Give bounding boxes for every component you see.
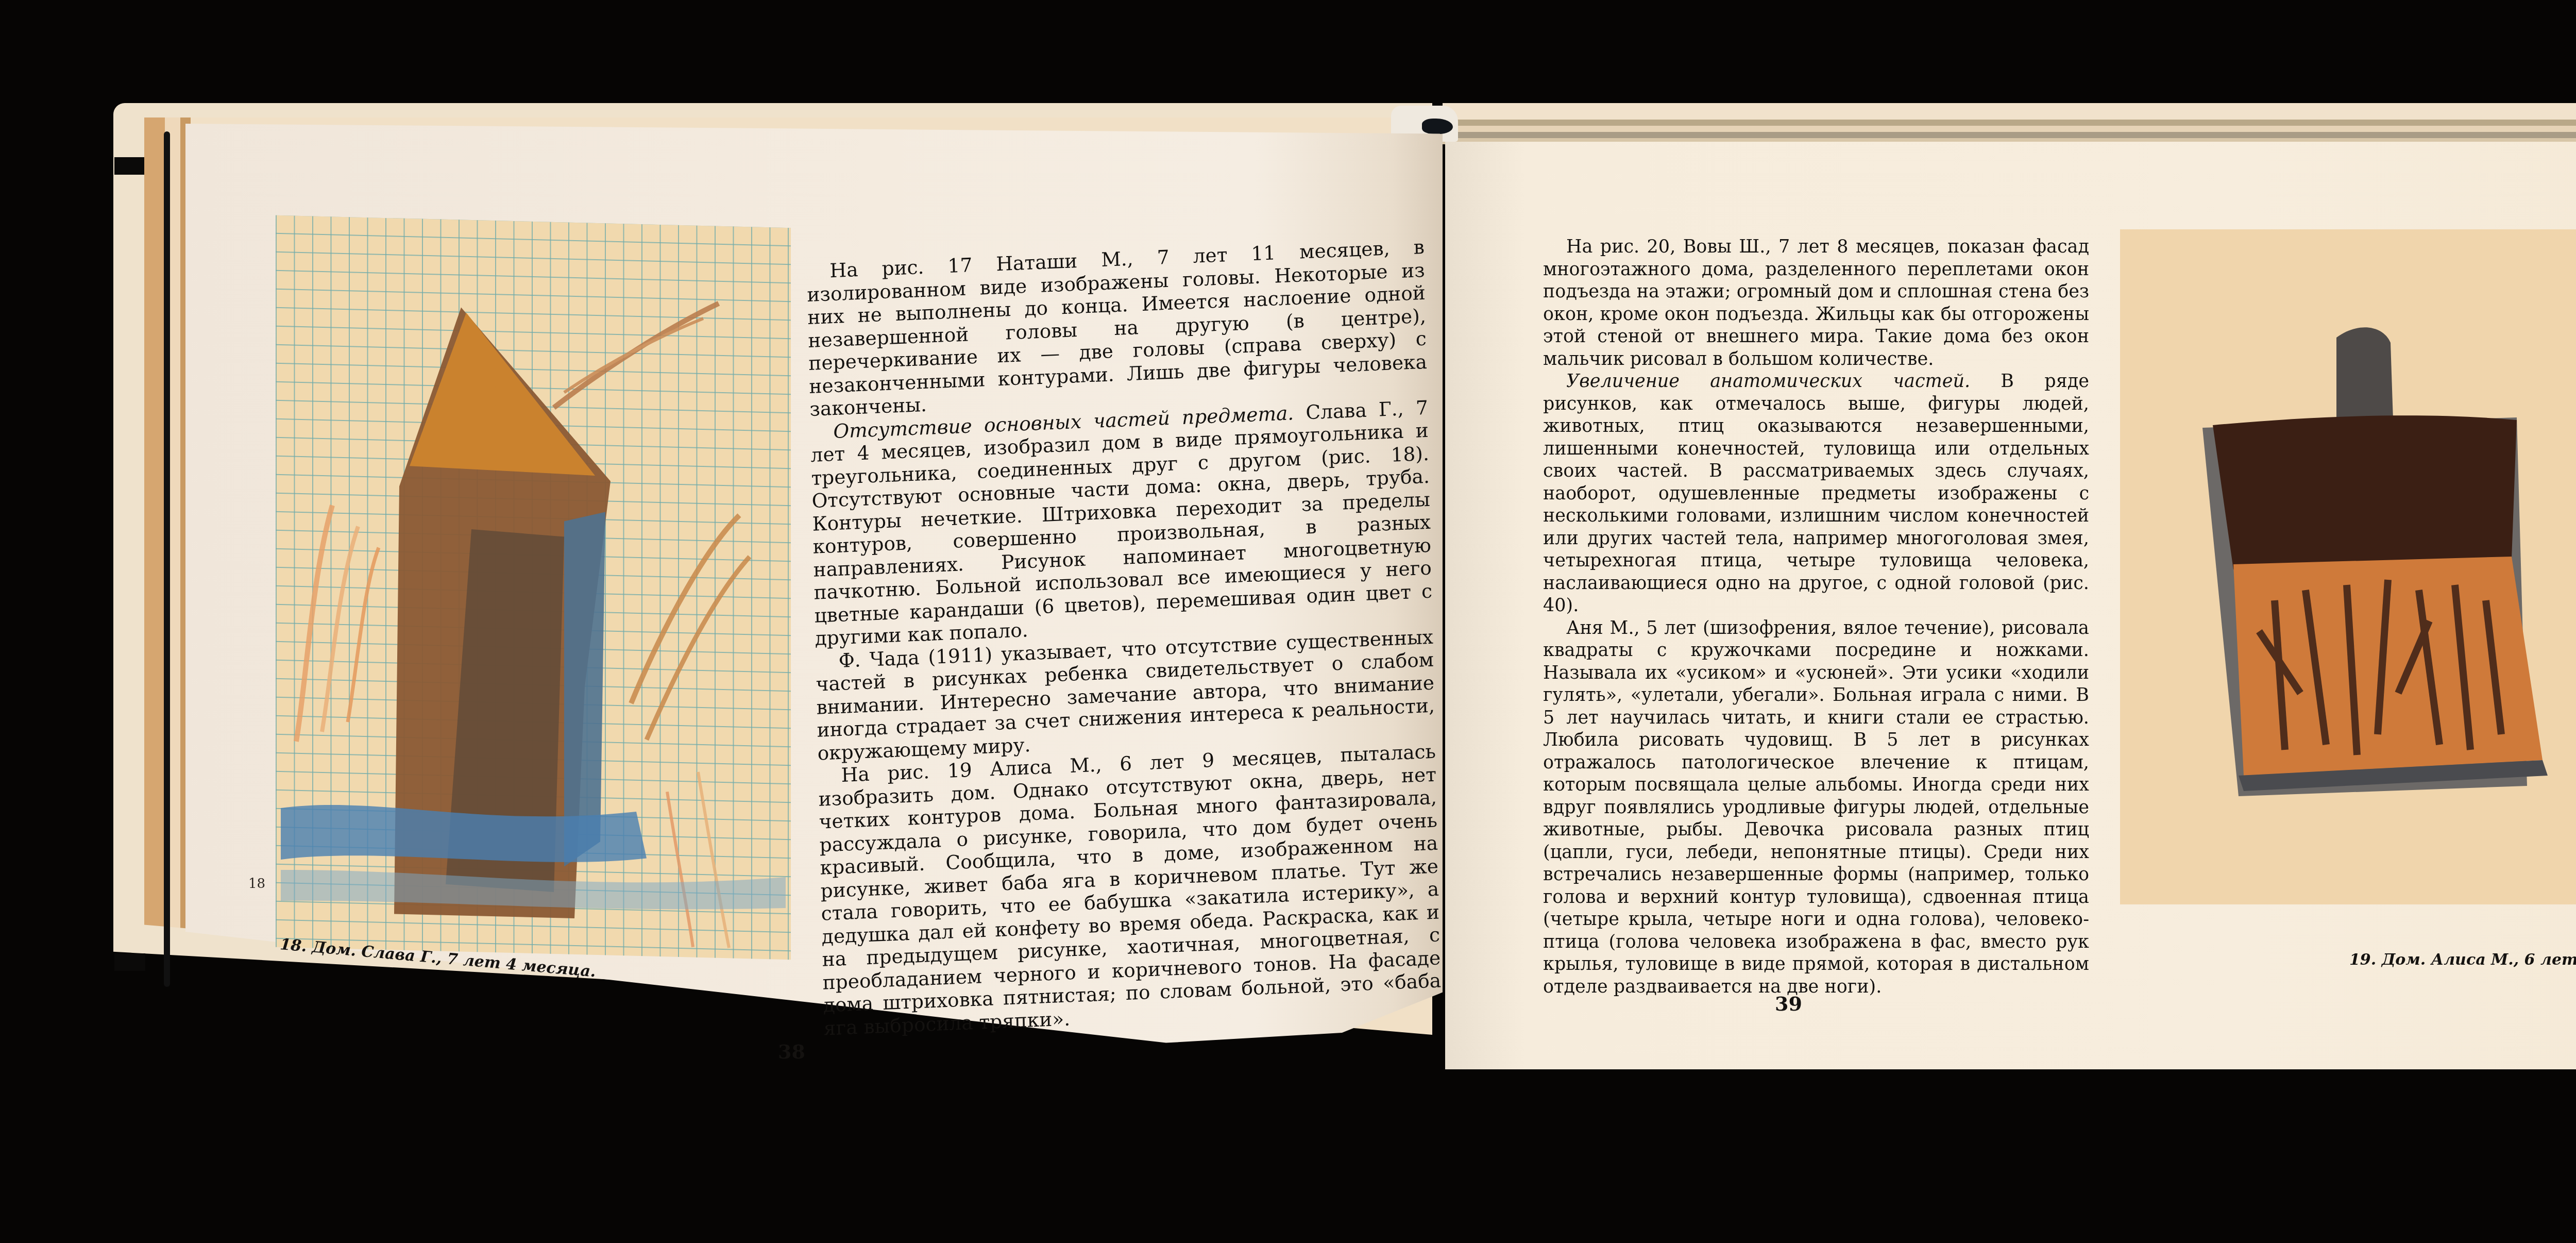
open-book: 18 18. Дом. Слава Г., 7 лет 4 месяца. На…	[0, 0, 2576, 1243]
right-page-text: На рис. 20, Вовы Ш., 7 лет 8 месяцев, по…	[1543, 236, 2089, 998]
paragraph: Увеличение анатомических частей. В ряде …	[1543, 371, 2089, 617]
figure-19-caption: 19. Дом. Алиса М., 6 лет 9 месяцев.	[2349, 951, 2576, 969]
paragraph: На рис. 20, Вовы Ш., 7 лет 8 месяцев, по…	[1543, 236, 2089, 371]
paragraph: Отсутствие основных частей предмета. Сла…	[810, 396, 1433, 650]
binding-band-top	[114, 157, 145, 175]
figure-19-drawing	[2120, 229, 2576, 904]
page-number-right: 39	[1775, 992, 1802, 1015]
house-drawing-icon	[2120, 229, 2576, 904]
left-page-text: На рис. 17 Наташи М., 7 лет 11 месяцев, …	[806, 236, 1442, 1040]
paragraph: Аня М., 5 лет (шизофрения, вялое течение…	[1543, 617, 2089, 999]
section-heading: Увеличение анатомических частей.	[1566, 371, 1970, 392]
house-drawing-icon	[276, 215, 791, 960]
binding-band-bottom	[114, 953, 145, 971]
page-stack-top-right	[1443, 103, 2576, 144]
paragraph: На рис. 19 Алиса М., 6 лет 9 месяцев, пы…	[818, 740, 1442, 1040]
paragraph: На рис. 17 Наташи М., 7 лет 11 месяцев, …	[806, 236, 1428, 421]
binding-edge	[164, 131, 170, 987]
figure-18-number: 18	[248, 876, 265, 892]
page-number-left: 38	[778, 1040, 805, 1063]
figure-18-drawing	[276, 215, 791, 960]
